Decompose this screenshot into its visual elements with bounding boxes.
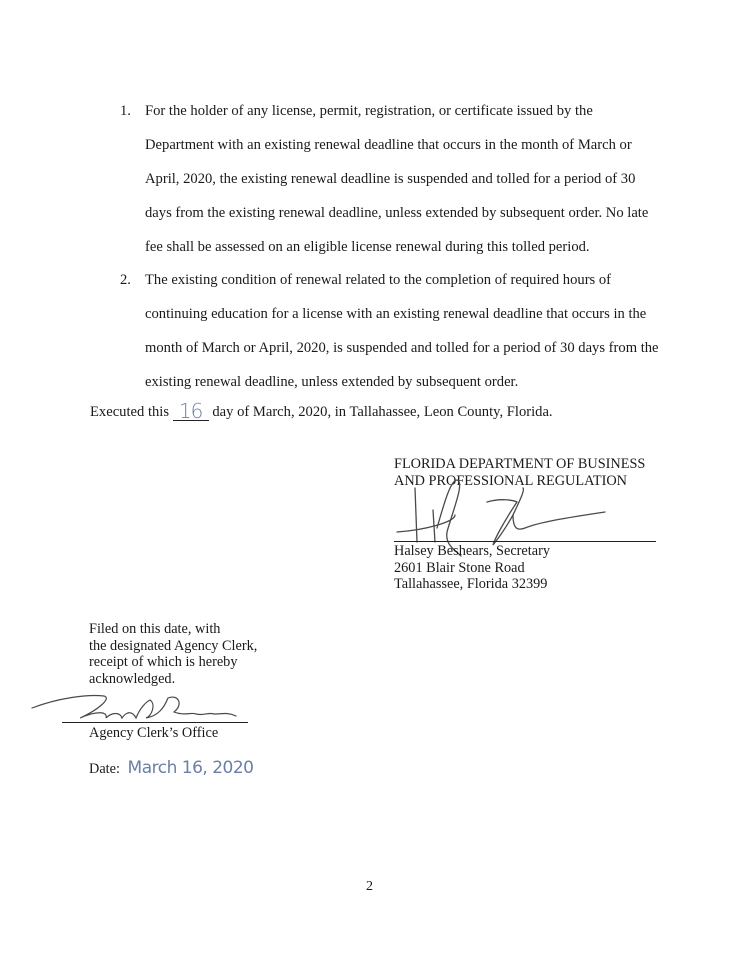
filing-line-1: Filed on this date, with: [89, 621, 257, 638]
filing-line-4: acknowledged.: [89, 671, 257, 688]
filing-date: Date: March 16, 2020: [89, 758, 253, 778]
item-number: 1.: [120, 103, 131, 120]
document-page: 1. For the holder of any license, permit…: [0, 0, 742, 960]
executed-statement: Executed this 16 day of March, 2020, in …: [90, 402, 553, 421]
filing-line-3: receipt of which is hereby: [89, 654, 257, 671]
item-2-line-4: existing renewal deadline, unless extend…: [145, 374, 518, 391]
item-2-line-2: continuing education for a license with …: [145, 306, 646, 323]
clerk-office: Agency Clerk’s Office: [89, 725, 218, 742]
address-line-2: Tallahassee, Florida 32399: [394, 576, 550, 593]
item-1-line-5: fee shall be assessed on an eligible lic…: [145, 239, 590, 256]
item-1-line-1: For the holder of any license, permit, r…: [145, 103, 593, 120]
clerk-signature: [28, 690, 258, 730]
page-number: 2: [366, 879, 373, 895]
secretary-block: Halsey Beshears, Secretary 2601 Blair St…: [394, 543, 550, 593]
address-line-1: 2601 Blair Stone Road: [394, 560, 550, 577]
executed-suffix: day of March, 2020, in Tallahassee, Leon…: [212, 404, 552, 420]
filing-line-2: the designated Agency Clerk,: [89, 638, 257, 655]
signatory-name: Halsey Beshears, Secretary: [394, 543, 550, 560]
executed-prefix: Executed this: [90, 404, 169, 420]
filing-block: Filed on this date, with the designated …: [89, 621, 257, 687]
item-number: 2.: [120, 272, 131, 289]
item-1-line-2: Department with an existing renewal dead…: [145, 137, 632, 154]
day-blank: 16: [173, 402, 209, 421]
item-2-line-3: month of March or April, 2020, is suspen…: [145, 340, 659, 357]
item-1-line-3: April, 2020, the existing renewal deadli…: [145, 171, 635, 188]
handwritten-date: March 16, 2020: [128, 758, 254, 778]
item-1-line-4: days from the existing renewal deadline,…: [145, 205, 648, 222]
clerk-signature-line: [62, 722, 248, 723]
date-label: Date:: [89, 761, 120, 777]
item-2-line-1: The existing condition of renewal relate…: [145, 272, 611, 289]
clerk-office-label: Agency Clerk’s Office: [89, 725, 218, 742]
secretary-signature-line: [394, 541, 656, 542]
handwritten-day: 16: [179, 399, 202, 423]
